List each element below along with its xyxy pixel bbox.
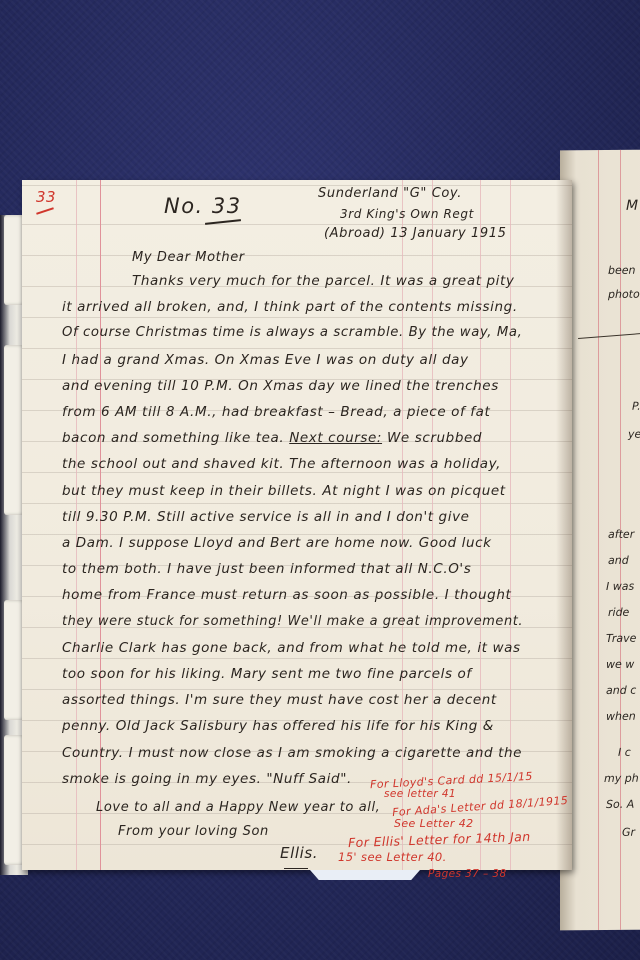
closing-line: Love to all and a Happy New year to all, (96, 800, 380, 815)
letter-line: from 6 AM till 8 A.M., had breakfast – B… (62, 404, 490, 420)
page-fragment: So. A (606, 798, 634, 811)
page-tab (4, 735, 24, 865)
letter-line: but they must keep in their billets. At … (62, 483, 506, 499)
page-fragment: ye (628, 428, 640, 441)
margin-rule (76, 180, 77, 870)
address-line: 3rd King's Own Regt (340, 207, 474, 221)
page-fragment: and (608, 554, 629, 567)
letter-line: too soon for his liking. Mary sent me tw… (62, 666, 472, 682)
archive-note: See Letter 42 (394, 817, 474, 830)
letter-line: I had a grand Xmas. On Xmas Eve I was on… (62, 352, 469, 368)
page-edge-gap (310, 870, 420, 880)
underlined-phrase: Next course: (289, 430, 382, 446)
letter-line: Country. I must now close as I am smokin… (62, 745, 522, 761)
letter-page: 33 No. 33 Sunderland "G" Coy. 3rd King's… (22, 180, 572, 870)
page-fragment: my ph (604, 772, 639, 785)
signature-underline (284, 868, 308, 869)
letter-line: they were stuck for something! We'll mak… (62, 614, 523, 629)
page-fragment: we w (606, 658, 634, 671)
salutation: My Dear Mother (132, 250, 245, 265)
page-fragment: been (608, 264, 636, 277)
letter-line: assorted things. I'm sure they must have… (62, 692, 497, 708)
sign-off: From your loving Son (118, 824, 269, 839)
page-fragment: after (608, 528, 634, 541)
page-fragment: Gr (622, 826, 635, 839)
page-fragment: and c (606, 684, 636, 697)
letter-line: a Dam. I suppose Lloyd and Bert are home… (62, 535, 492, 551)
letter-line: and evening till 10 P.M. On Xmas day we … (62, 378, 499, 394)
letter-line: till 9.30 P.M. Still active service is a… (62, 509, 470, 525)
page-fragment: I c (618, 746, 631, 759)
margin-rule (100, 180, 101, 870)
letter-line: Charlie Clark has gone back, and from wh… (62, 640, 521, 656)
page-tab (4, 600, 24, 720)
divider-line (578, 332, 640, 339)
annotation-underline (36, 207, 54, 214)
page-fragment: photo (608, 288, 640, 301)
margin-rule (598, 150, 599, 930)
letter-line: bacon and something like tea. Next cours… (62, 430, 482, 446)
letter-line: the school out and shaved kit. The after… (62, 456, 501, 472)
archive-note: For Ellis' Letter for 14th Jan (348, 829, 531, 850)
letter-line: Thanks very much for the parcel. It was … (132, 273, 514, 289)
page-fragment: P. (632, 400, 640, 413)
letter-line: smoke is going in my eyes. "Nuff Said". (62, 771, 352, 787)
signature: Ellis. (280, 844, 318, 862)
page-number-annotation: 33 (36, 188, 56, 206)
letter-line: penny. Old Jack Salisbury has offered hi… (62, 718, 494, 734)
spine-shadow (556, 180, 572, 870)
letter-line: it arrived all broken, and, I think part… (62, 299, 518, 315)
page-fragment: M (626, 198, 638, 214)
letter-line: home from France must return as soon as … (62, 587, 511, 603)
letter-number-underline (205, 219, 241, 225)
address-line: (Abroad) 13 January 1915 (324, 226, 507, 241)
letter-line: Of course Christmas time is always a scr… (62, 325, 522, 340)
letter-number: No. 33 (164, 194, 242, 218)
adjacent-page: M been photo P. ye after and I was ride … (560, 150, 640, 931)
page-fragment: when (606, 710, 636, 723)
letter-line: to them both. I have just been informed … (62, 561, 471, 577)
page-fragment: ride (608, 606, 629, 619)
page-tab (4, 345, 24, 515)
archive-note: Pages 37 – 38 (428, 868, 507, 880)
address-line: Sunderland "G" Coy. (318, 186, 462, 201)
page-fragment: Trave (606, 632, 636, 645)
archive-note: see letter 41 (384, 788, 456, 800)
page-tab (4, 215, 24, 305)
page-fragment: I was (606, 580, 634, 593)
archive-note: 15' see Letter 40. (338, 850, 447, 864)
